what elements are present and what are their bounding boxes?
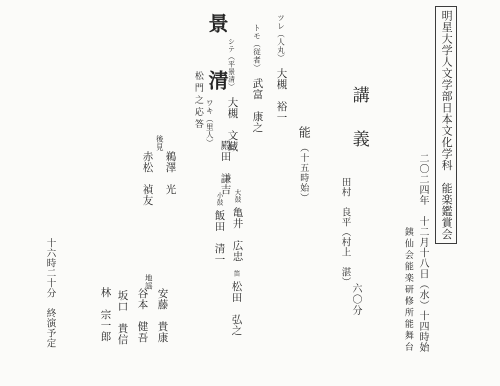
koken-name: 鵜澤 光 bbox=[164, 151, 176, 195]
cast-entry-tsure: ツレ（人丸）大槻 裕一 bbox=[275, 14, 287, 123]
end-time: 十六時二十分 終演予定 bbox=[44, 238, 54, 348]
lecture-heading: 講義 bbox=[349, 86, 368, 174]
play-kogaki: 松門之応答 bbox=[193, 71, 203, 131]
jiutai-name: 安藤 貴康 bbox=[156, 288, 168, 343]
musician-name: 飯田 清一 bbox=[214, 210, 225, 265]
koken-label: 後見 bbox=[155, 135, 163, 151]
program-page: 明星大学人文学部日本文化学科 能楽鑑賞会 二〇二四年 十二月十八日（水）十四時始… bbox=[0, 0, 500, 386]
jiutai-name: 林 宗一郎 bbox=[99, 287, 111, 342]
jiutai-name: 谷本 健吾 bbox=[136, 288, 148, 343]
cast-name: 武富 康之 bbox=[252, 78, 263, 133]
musician-otsuzumi: 大鼓亀井 広忠 bbox=[231, 189, 243, 262]
cast-role: シテ（平景清） bbox=[228, 38, 236, 91]
musician-role: 笛 bbox=[233, 270, 240, 277]
musician-kotsuzumi: 小鼓飯田 清一 bbox=[213, 192, 225, 265]
cast-role-waki: ワキ（里人） bbox=[205, 99, 213, 147]
lecture-speaker: 田村 良平（村上 湛） bbox=[339, 177, 349, 287]
cast-entry-shite: シテ（平景清）大槻 文藏 bbox=[226, 38, 238, 152]
cast-role: ツレ（人丸） bbox=[277, 14, 286, 62]
cast-role: トモ（従者） bbox=[253, 24, 262, 72]
event-title-box: 明星大学人文学部日本文化学科 能楽鑑賞会 bbox=[435, 6, 457, 244]
cast-name-waki: 殿田 謙吉 bbox=[219, 140, 231, 195]
jiutai-name: 坂口 貴信 bbox=[116, 290, 128, 345]
noh-section: 能（十五時始） bbox=[297, 126, 310, 203]
event-venue: 銕仙会能楽研修所能舞台 bbox=[403, 227, 413, 354]
musician-name: 松田 弘之 bbox=[231, 281, 242, 336]
koken-name: 赤松 禎友 bbox=[141, 151, 153, 206]
lecture-duration: 六〇分 bbox=[350, 283, 361, 316]
musician-name: 亀井 広忠 bbox=[232, 207, 243, 262]
cast-entry-tomo: トモ（従者）武富 康之 bbox=[251, 24, 263, 133]
event-title: 明星大学人文学部日本文化学科 能楽鑑賞会 bbox=[440, 10, 452, 240]
noh-label: 能 bbox=[297, 126, 311, 138]
musician-role: 大鼓 bbox=[234, 189, 241, 203]
musician-fue: 笛松田 弘之 bbox=[230, 270, 242, 336]
event-date: 二〇二四年 十二月十八日（水）十四時始 bbox=[417, 153, 428, 353]
noh-start-time: （十五時始） bbox=[299, 143, 309, 203]
cast-name: 大槻 裕一 bbox=[276, 68, 287, 123]
musician-role: 小鼓 bbox=[216, 192, 223, 206]
